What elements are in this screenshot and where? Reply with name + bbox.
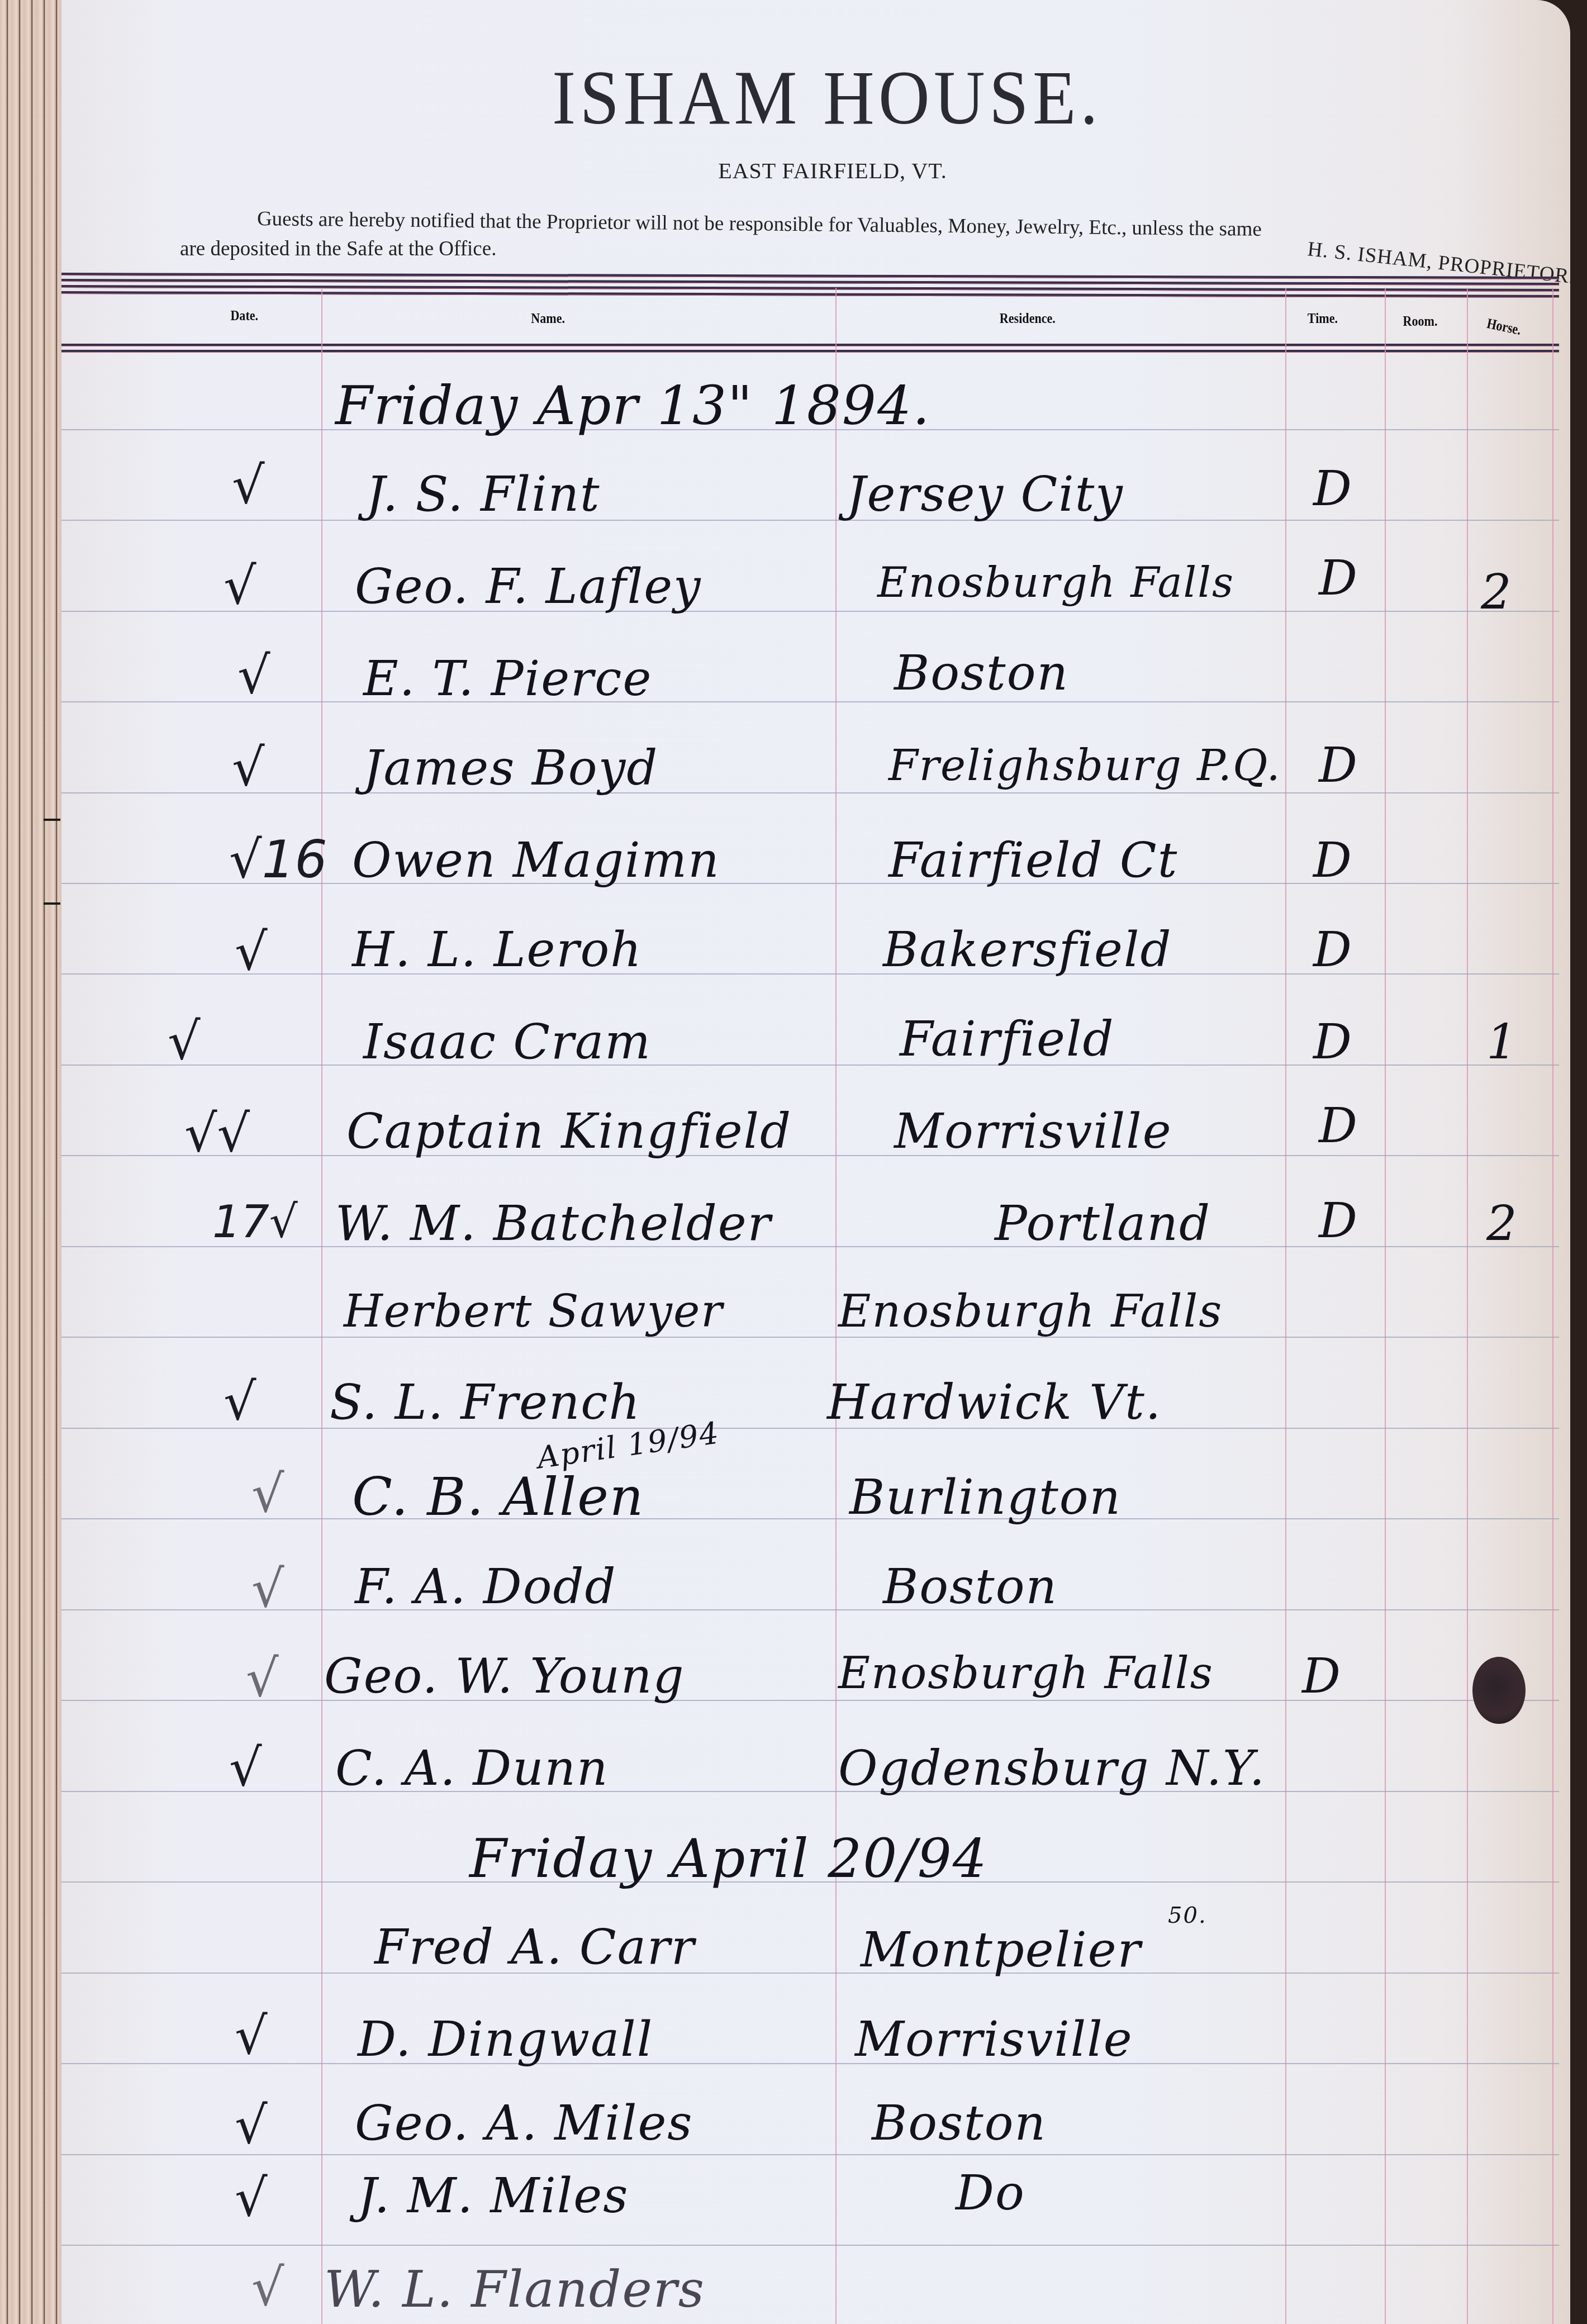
row-rule bbox=[61, 1155, 1559, 1156]
guest-name: C. B. Allen bbox=[352, 1467, 644, 1528]
column-divider-residence bbox=[1285, 288, 1286, 2324]
ink-blot bbox=[1472, 1657, 1526, 1724]
guest-name: D. Dingwall bbox=[358, 2012, 653, 2068]
guest-name: J. M. Miles bbox=[358, 2168, 629, 2224]
row-rule bbox=[61, 1973, 1559, 1974]
guest-name: Owen Magimn bbox=[352, 833, 720, 888]
register-page: ISHAM HOUSE. EAST FAIRFIELD, VT. Guests … bbox=[61, 0, 1570, 2324]
check-mark: 17√ bbox=[212, 1196, 298, 1248]
guest-residence: Morrisville bbox=[855, 2012, 1133, 2068]
page-tab-marker bbox=[44, 819, 60, 821]
guest-time: D bbox=[1319, 738, 1358, 793]
row-rule bbox=[61, 2245, 1559, 2246]
guest-residence: Enosburgh Falls bbox=[838, 1285, 1223, 1337]
guest-time: D bbox=[1313, 833, 1353, 888]
guest-name: James Boyd bbox=[363, 740, 658, 796]
guest-horse: 2 bbox=[1481, 564, 1513, 620]
guest-name: F. A. Dodd bbox=[355, 1559, 617, 1615]
date-heading: Friday April 20/94 bbox=[469, 1827, 988, 1890]
guest-name: Herbert Sawyer bbox=[344, 1285, 723, 1337]
guest-time: D bbox=[1313, 461, 1353, 517]
check-mark: √√ bbox=[184, 1104, 250, 1163]
check-mark: √ bbox=[246, 1648, 279, 1708]
row-rule bbox=[61, 1337, 1559, 1338]
check-mark: √ bbox=[224, 1372, 256, 1432]
guest-name: W. M. Batchelder bbox=[335, 1196, 772, 1252]
check-mark: √ bbox=[229, 1738, 262, 1798]
check-mark: √ bbox=[232, 738, 265, 797]
guest-residence: Fairfield Ct bbox=[888, 833, 1178, 888]
row-rule bbox=[61, 701, 1559, 702]
notice-line-2: are deposited in the Safe at the Office. bbox=[180, 237, 496, 261]
guest-residence: Ogdensburg N.Y. bbox=[838, 1741, 1266, 1797]
guest-residence: Bakersfield bbox=[883, 922, 1172, 978]
date-heading: Friday Apr 13" 1894. bbox=[335, 374, 930, 437]
row-rule bbox=[61, 2154, 1559, 2155]
check-mark: √ bbox=[235, 2168, 268, 2228]
guest-name: Geo. F. Lafley bbox=[355, 559, 702, 615]
check-mark: √ bbox=[235, 2006, 268, 2066]
check-mark: √ bbox=[232, 455, 265, 515]
row-rule bbox=[61, 611, 1559, 612]
guest-name: Geo. A. Miles bbox=[355, 2095, 693, 2151]
column-header-time: Time. bbox=[1308, 310, 1338, 327]
guest-name: S. L. French bbox=[330, 1375, 641, 1430]
guest-name: Fred A. Carr bbox=[374, 1919, 695, 1975]
guest-name: Geo. W. Young bbox=[324, 1648, 685, 1704]
guest-residence: Montpelier bbox=[861, 1922, 1142, 1978]
row-rule bbox=[61, 1428, 1559, 1429]
guest-name: W. L. Flanders bbox=[324, 2260, 705, 2319]
guest-time: D bbox=[1319, 1098, 1358, 1154]
column-header-date: Date. bbox=[230, 307, 258, 324]
guest-name: J. S. Flint bbox=[366, 467, 601, 522]
guest-residence: Boston bbox=[883, 1559, 1058, 1615]
notice-line-1: Guests are hereby notified that the Prop… bbox=[257, 207, 1262, 241]
guest-name: H. L. Leroh bbox=[352, 922, 643, 978]
column-header-room: Room. bbox=[1403, 313, 1437, 330]
row-rule bbox=[61, 1609, 1559, 1610]
column-divider-horse bbox=[1552, 288, 1553, 2324]
column-divider-room bbox=[1467, 288, 1468, 2324]
guest-residence: Hardwick Vt. bbox=[827, 1375, 1162, 1430]
column-divider-name bbox=[835, 288, 837, 2324]
guest-residence: Burlington bbox=[849, 1470, 1122, 1525]
check-mark: √ bbox=[224, 556, 256, 616]
guest-residence: Boston bbox=[894, 645, 1069, 701]
check-mark: √ bbox=[237, 645, 270, 705]
guest-residence: Morrisville bbox=[894, 1104, 1172, 1159]
guest-residence: Jersey City bbox=[847, 467, 1124, 522]
column-divider-date bbox=[321, 288, 322, 2324]
guest-name: Isaac Cram bbox=[363, 1014, 652, 1070]
guest-time: D bbox=[1313, 1014, 1353, 1070]
hotel-title: ISHAM HOUSE. bbox=[133, 53, 1521, 142]
check-mark: √ bbox=[168, 1011, 201, 1071]
row-rule bbox=[61, 1791, 1559, 1792]
check-mark: √ bbox=[251, 1559, 284, 1619]
page-tab-marker bbox=[44, 902, 60, 905]
guest-residence: Portland bbox=[995, 1196, 1211, 1252]
header-bottom-rule bbox=[61, 344, 1559, 356]
guest-name: Captain Kingfield bbox=[346, 1104, 792, 1159]
row-rule bbox=[61, 2063, 1559, 2064]
column-divider-time bbox=[1385, 288, 1386, 2324]
guest-horse: 1 bbox=[1486, 1014, 1518, 1070]
check-mark: √ bbox=[235, 2095, 268, 2155]
guest-horse: 2 bbox=[1486, 1196, 1518, 1252]
header-top-rule bbox=[61, 273, 1559, 301]
check-mark: √ bbox=[235, 922, 268, 982]
guest-residence: Boston bbox=[872, 2095, 1047, 2151]
guest-time: D bbox=[1319, 1193, 1358, 1249]
guest-time: D bbox=[1319, 550, 1358, 606]
check-mark: √ bbox=[251, 1464, 284, 1524]
guest-residence: Fairfield bbox=[900, 1011, 1115, 1067]
check-mark: √ bbox=[251, 2258, 284, 2317]
guest-time: D bbox=[1302, 1648, 1342, 1704]
rate-annotation: 50. bbox=[1168, 1903, 1207, 1928]
guest-residence: Enosburgh Falls bbox=[877, 559, 1234, 607]
guest-residence: Enosburgh Falls bbox=[838, 1648, 1214, 1699]
guest-residence: Do bbox=[956, 2165, 1025, 2221]
row-rule bbox=[61, 1518, 1559, 1519]
guest-name: E. T. Pierce bbox=[363, 651, 652, 707]
column-header-horse: Horse. bbox=[1485, 315, 1523, 339]
check-mark: √16 bbox=[229, 830, 327, 890]
hotel-location: EAST FAIRFIELD, VT. bbox=[78, 158, 1587, 184]
guest-name: C. A. Dunn bbox=[335, 1741, 609, 1797]
row-rule bbox=[61, 520, 1559, 521]
column-header-name: Name. bbox=[531, 310, 565, 327]
guest-time: D bbox=[1313, 922, 1353, 978]
guest-residence: Frelighsburg P.Q. bbox=[888, 740, 1281, 790]
column-header-residence: Residence. bbox=[1000, 310, 1056, 327]
page-stack-edge bbox=[0, 0, 64, 2324]
